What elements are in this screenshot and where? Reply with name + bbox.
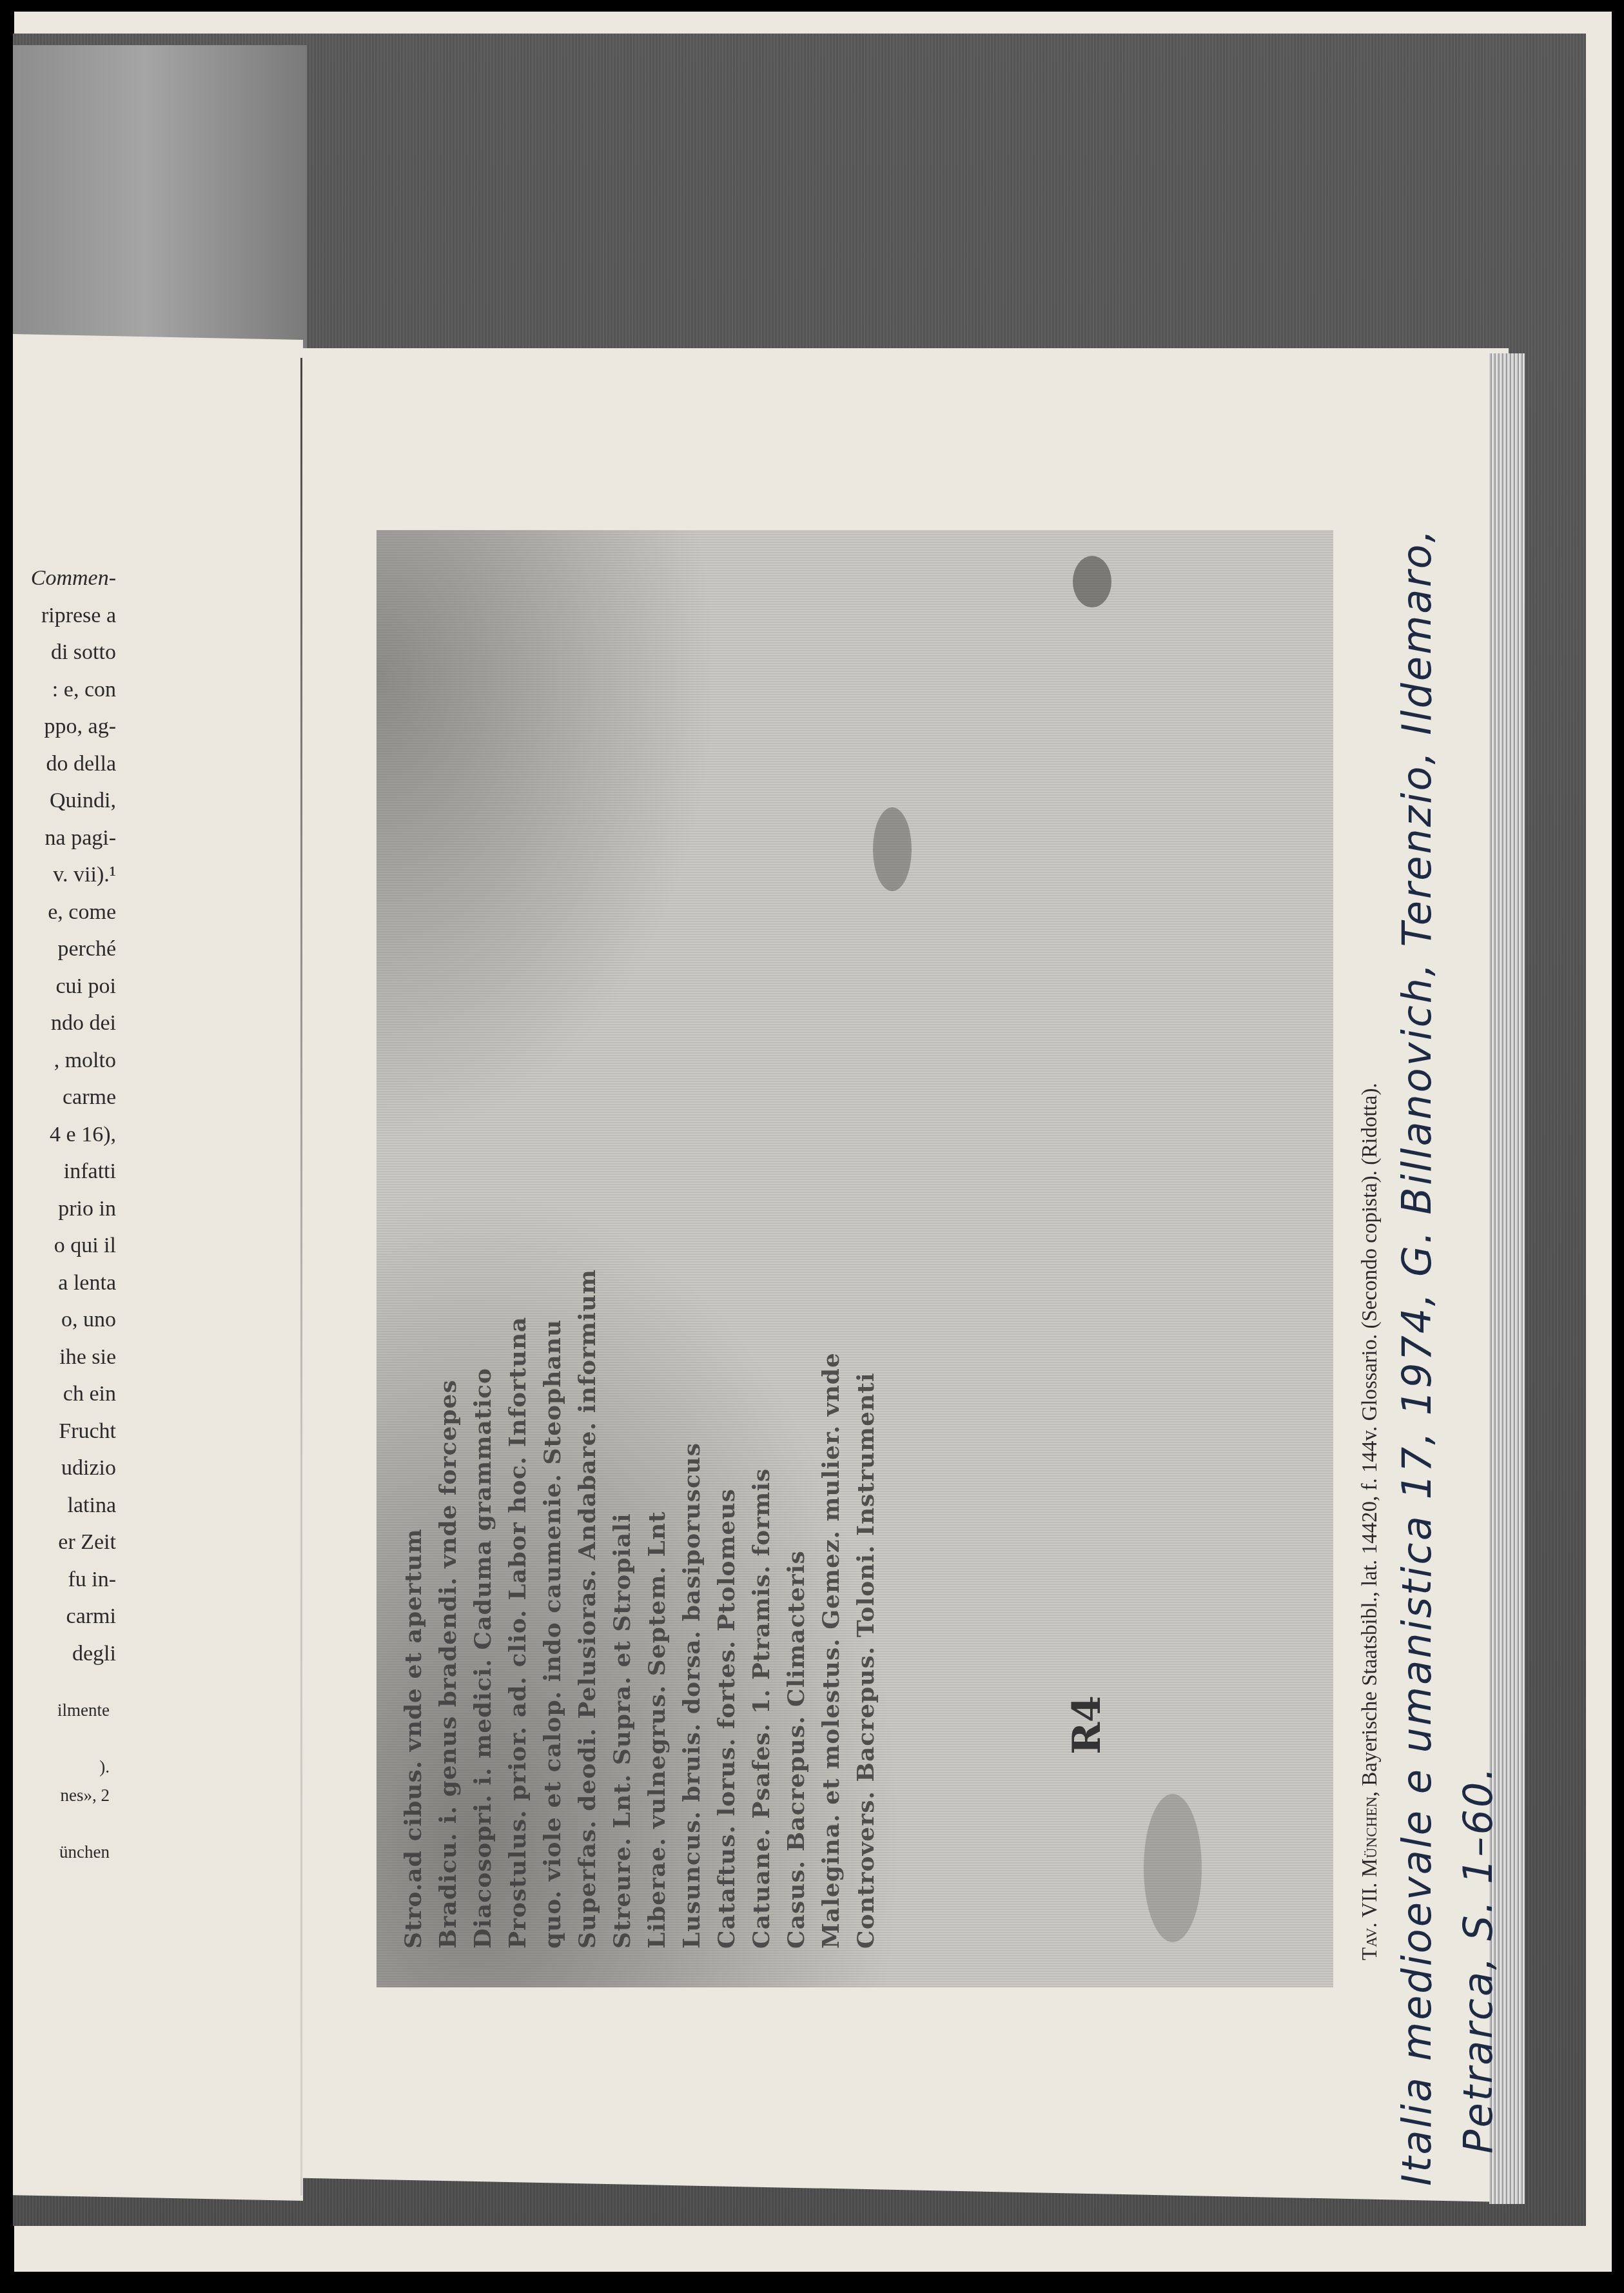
margin-mark: R4 bbox=[1064, 1695, 1110, 1755]
manuscript-line: Superfas. deodi. Pelusioras. Andabare. i… bbox=[570, 569, 605, 1949]
text-line: latina bbox=[13, 1487, 116, 1524]
text-line: 4 e 16), bbox=[13, 1116, 116, 1154]
manuscript-text: Stro.ad cibus. vnde et apertum Bradicu. … bbox=[377, 530, 1333, 1987]
manuscript-line: Bradicu. i. genus bradendi. vnde forcepe… bbox=[431, 569, 465, 1949]
left-page-body-text: Commen- riprese a di sotto : e, con ppo,… bbox=[13, 560, 116, 1672]
text-line: Commen- bbox=[13, 560, 116, 597]
manuscript-plate: Stro.ad cibus. vnde et apertum Bradicu. … bbox=[377, 530, 1333, 1987]
text-line: carme bbox=[13, 1079, 116, 1116]
footnote-line: ünchen bbox=[13, 1838, 110, 1866]
handwritten-line-1: Italia medioevale e umanistica 17, 1974,… bbox=[1386, 335, 1447, 2192]
manuscript-line: Lusuncus. bruis. dorsa. basiporuscus bbox=[674, 569, 709, 1949]
text-line: Frucht bbox=[13, 1413, 116, 1450]
manuscript-line: Stro.ad cibus. vnde et apertum bbox=[396, 569, 431, 1949]
text-line: cui poi bbox=[13, 968, 116, 1005]
manuscript-line: Casus. Bacrepus. Climacteris bbox=[779, 569, 814, 1949]
text-line: ch ein bbox=[13, 1375, 116, 1413]
text-line: , molto bbox=[13, 1042, 116, 1079]
text-line: di sotto bbox=[13, 634, 116, 671]
footnote-line bbox=[13, 1809, 110, 1838]
text-line: o, uno bbox=[13, 1301, 116, 1339]
text-line: do della bbox=[13, 745, 116, 783]
text-line: : e, con bbox=[13, 671, 116, 709]
manuscript-line: quo. viole et calop. indo caumenie. Steo… bbox=[535, 569, 570, 1949]
manuscript-line: Diacosopri. i. medici. Caduma grammatico bbox=[465, 569, 500, 1949]
text-line: carmi bbox=[13, 1598, 116, 1635]
handwritten-line-2: Petrarca, S. 1–60. bbox=[1447, 335, 1509, 2192]
manuscript-line: Malegina. et molestus. Gemez. mulier. vn… bbox=[814, 569, 848, 1949]
text-line: infatti bbox=[13, 1153, 116, 1190]
manuscript-line: Liberae. vulnegrus. Septem. Lnt bbox=[640, 569, 674, 1949]
book-gutter bbox=[300, 358, 302, 2196]
text-line: ndo dei bbox=[13, 1005, 116, 1042]
text-line: ppo, ag- bbox=[13, 708, 116, 745]
text-line: er Zeit bbox=[13, 1524, 116, 1561]
text-line: v. vii).¹ bbox=[13, 856, 116, 894]
manuscript-line: Catuane. Psafes. 1. Ptramis. formis bbox=[744, 569, 779, 1949]
manuscript-line: Cataftus. lorus. fortes. Ptolomeus bbox=[709, 569, 744, 1949]
footnote-line: ilmente bbox=[13, 1696, 110, 1724]
book-cover-flap bbox=[13, 45, 307, 348]
text-line: perché bbox=[13, 930, 116, 968]
handwritten-annotation: Italia medioevale e umanistica 17, 1974,… bbox=[1386, 335, 1515, 2192]
ink-stain bbox=[873, 807, 912, 891]
ink-stain bbox=[1073, 556, 1111, 607]
footnote-line: nes», 2 bbox=[13, 1781, 110, 1809]
text-line: udizio bbox=[13, 1450, 116, 1487]
text-line: ihe sie bbox=[13, 1339, 116, 1376]
text-line: a lenta bbox=[13, 1265, 116, 1302]
caption-text: Bayerische Staatsbibl., lat. 14420, f. 1… bbox=[1358, 1083, 1382, 1791]
text-line: degli bbox=[13, 1635, 116, 1673]
footnote-line bbox=[13, 1724, 110, 1753]
manuscript-line: Controvers. Bacrepus. Toloni. Instrument… bbox=[848, 569, 883, 1949]
text-line: e, come bbox=[13, 894, 116, 931]
ink-stain bbox=[1144, 1794, 1202, 1942]
text-line: fu in- bbox=[13, 1561, 116, 1599]
caption-label: Tav. VII. bbox=[1358, 1883, 1382, 1960]
text-line: prio in bbox=[13, 1190, 116, 1228]
caption-place: München, bbox=[1358, 1791, 1382, 1877]
text-line: na pagi- bbox=[13, 820, 116, 857]
left-page-footnotes: ilmente ). nes», 2 ünchen bbox=[13, 1696, 110, 1866]
manuscript-line: Prostulus. prior. ad. clio. Labor hoc. I… bbox=[500, 569, 535, 1949]
text-line: riprese a bbox=[13, 597, 116, 635]
text-line: Quindi, bbox=[13, 782, 116, 820]
footnote-line: ). bbox=[13, 1753, 110, 1781]
text-line: o qui il bbox=[13, 1227, 116, 1265]
manuscript-line: Streure. Lnt. Supra. et Stropiali bbox=[605, 569, 640, 1949]
